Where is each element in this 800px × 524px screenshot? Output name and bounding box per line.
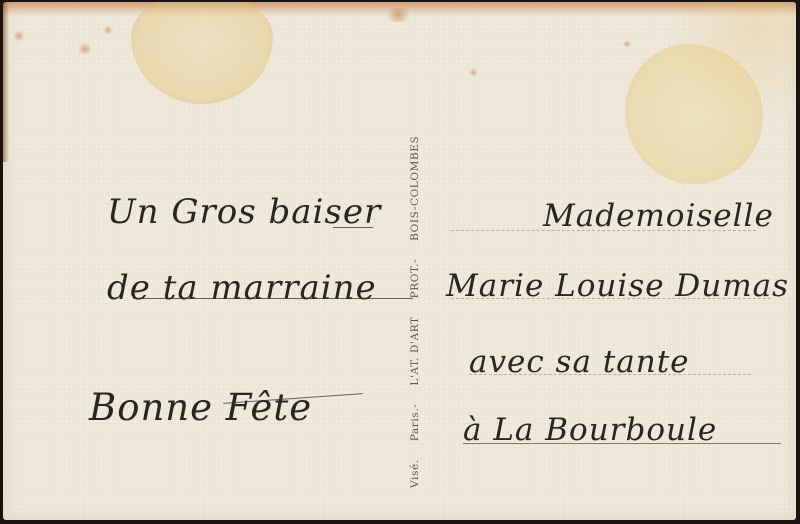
message-line-3: Bonne Fête bbox=[89, 386, 312, 429]
imprint-atelier: L'AT. D'ART bbox=[409, 316, 421, 385]
foxing-spot bbox=[469, 68, 478, 77]
foxing-spot bbox=[383, 8, 413, 22]
publisher-imprint: Visé. Paris.- L'AT. D'ART PROT.- BOIS-CO… bbox=[409, 136, 421, 488]
postcard-back: Un Gros baiser de ta marraine Bonne Fête… bbox=[3, 2, 796, 520]
address-line-2: Marie Louise Dumas bbox=[446, 268, 789, 304]
foxing-spot bbox=[623, 40, 631, 48]
imprint-city: Paris.- bbox=[409, 404, 421, 442]
address-line-1: Mademoiselle bbox=[543, 198, 774, 234]
imprint-prot: PROT.- bbox=[409, 259, 421, 299]
address-line-4: à La Bourboule bbox=[463, 412, 717, 448]
message-underline bbox=[133, 298, 413, 299]
address-line-3: avec sa tante bbox=[469, 344, 690, 380]
message-flourish bbox=[333, 227, 373, 228]
message-line-2: de ta marraine bbox=[107, 268, 377, 308]
left-edge-discoloration bbox=[3, 2, 9, 162]
foxing-spot bbox=[13, 30, 25, 42]
imprint-vise: Visé. bbox=[409, 459, 421, 488]
message-line-1: Un Gros baiser bbox=[107, 192, 381, 232]
foxing-spot bbox=[78, 42, 92, 56]
imprint-location: BOIS-COLOMBES bbox=[409, 136, 421, 241]
foxing-spot bbox=[103, 25, 113, 35]
